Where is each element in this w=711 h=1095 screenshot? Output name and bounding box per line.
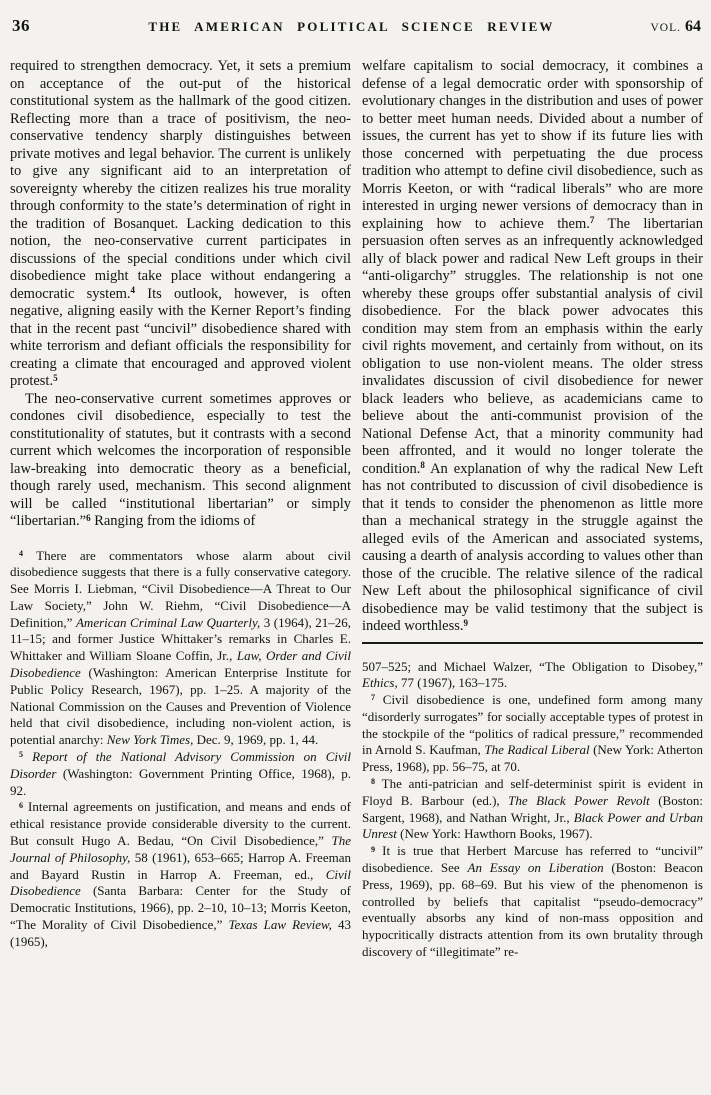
left-column: required to strengthen democracy. Yet, i… [10, 58, 351, 961]
footnote-marker: 4 [19, 549, 23, 558]
page-number: 36 [12, 16, 82, 36]
footnote-ref: 8 [420, 460, 425, 470]
footnote-7: 7 Civil disobedience is one, undefined f… [362, 692, 703, 776]
footnote-ref: 9 [463, 618, 468, 628]
italic-text-segment: Ethics, [362, 675, 398, 690]
body-paragraph: required to strengthen democracy. Yet, i… [10, 58, 351, 391]
journal-title: THE AMERICAN POLITICAL SCIENCE REVIEW [82, 19, 621, 35]
text-segment: welfare capitalism to social democracy, … [362, 58, 703, 232]
footnote-marker: 5 [19, 750, 23, 759]
text-segment: Dec. 9, 1969, pp. 1, 44. [193, 732, 318, 747]
footnote-5: 5 Report of the National Advisory Commis… [10, 749, 351, 799]
text-segment: An explanation of why the radical New Le… [362, 461, 703, 635]
footnote-marker: 9 [371, 845, 375, 854]
italic-text-segment: The Black Power Revolt [508, 793, 650, 808]
volume-label: VOL. [650, 22, 681, 34]
footnote-marker: 6 [19, 801, 23, 810]
italic-text-segment: Texas Law Review, [228, 917, 332, 932]
text-segment: (New York: Hawthorn Books, 1967). [397, 826, 593, 841]
body-paragraph: The neo-conservative current sometimes a… [10, 391, 351, 531]
journal-page: 36 THE AMERICAN POLITICAL SCIENCE REVIEW… [0, 0, 711, 1095]
text-segment: The neo-conservative current sometimes a… [10, 391, 351, 530]
text-segment: required to strengthen democracy. Yet, i… [10, 58, 351, 302]
footnote-6: 6 Internal agreements on justification, … [10, 799, 351, 950]
volume-indicator: VOL. 64 [621, 18, 701, 36]
text-segment: (Washington: Government Printing Office,… [10, 766, 351, 798]
body-paragraph: welfare capitalism to social democracy, … [362, 58, 703, 636]
footnote-continuation: 507–525; and Michael Walzer, “The Obliga… [362, 659, 703, 693]
text-segment: 507–525; and Michael Walzer, “The Obliga… [362, 659, 703, 674]
footnote-ref: 7 [590, 215, 595, 225]
left-column-body: required to strengthen democracy. Yet, i… [10, 58, 351, 531]
footnote-4: 4 There are commentators whose alarm abo… [10, 548, 351, 750]
page-header: 36 THE AMERICAN POLITICAL SCIENCE REVIEW… [12, 16, 701, 36]
italic-text-segment: American Criminal Law Quarterly, [76, 615, 260, 630]
two-column-layout: required to strengthen democracy. Yet, i… [10, 58, 703, 961]
footnote-marker: 8 [371, 777, 375, 786]
footnote-9: 9 It is true that Herbert Marcuse has re… [362, 843, 703, 961]
text-segment: Ranging from the idioms of [91, 513, 256, 529]
footnote-ref: 5 [53, 373, 58, 383]
italic-text-segment: New York Times, [107, 732, 194, 747]
footnote-ref: 4 [131, 285, 136, 295]
footnote-marker: 7 [371, 693, 375, 702]
right-column-body: welfare capitalism to social democracy, … [362, 58, 703, 636]
text-segment: 77 (1967), 163–175. [398, 675, 507, 690]
text-segment: The libertarian persuasion often serves … [362, 216, 703, 477]
volume-number: 64 [685, 18, 701, 35]
footnote-separator-rule [362, 642, 703, 644]
footnote-8: 8 The anti-patrician and self-determinis… [362, 776, 703, 843]
text-segment: Internal agreements on justification, an… [10, 799, 351, 848]
left-column-footnotes: 4 There are commentators whose alarm abo… [10, 548, 351, 951]
italic-text-segment: An Essay on Liberation [468, 860, 604, 875]
italic-text-segment: The Radical Liberal [484, 742, 589, 757]
right-column: welfare capitalism to social democracy, … [362, 58, 703, 961]
footnote-ref: 6 [86, 513, 91, 523]
right-column-footnotes: 507–525; and Michael Walzer, “The Obliga… [362, 659, 703, 961]
